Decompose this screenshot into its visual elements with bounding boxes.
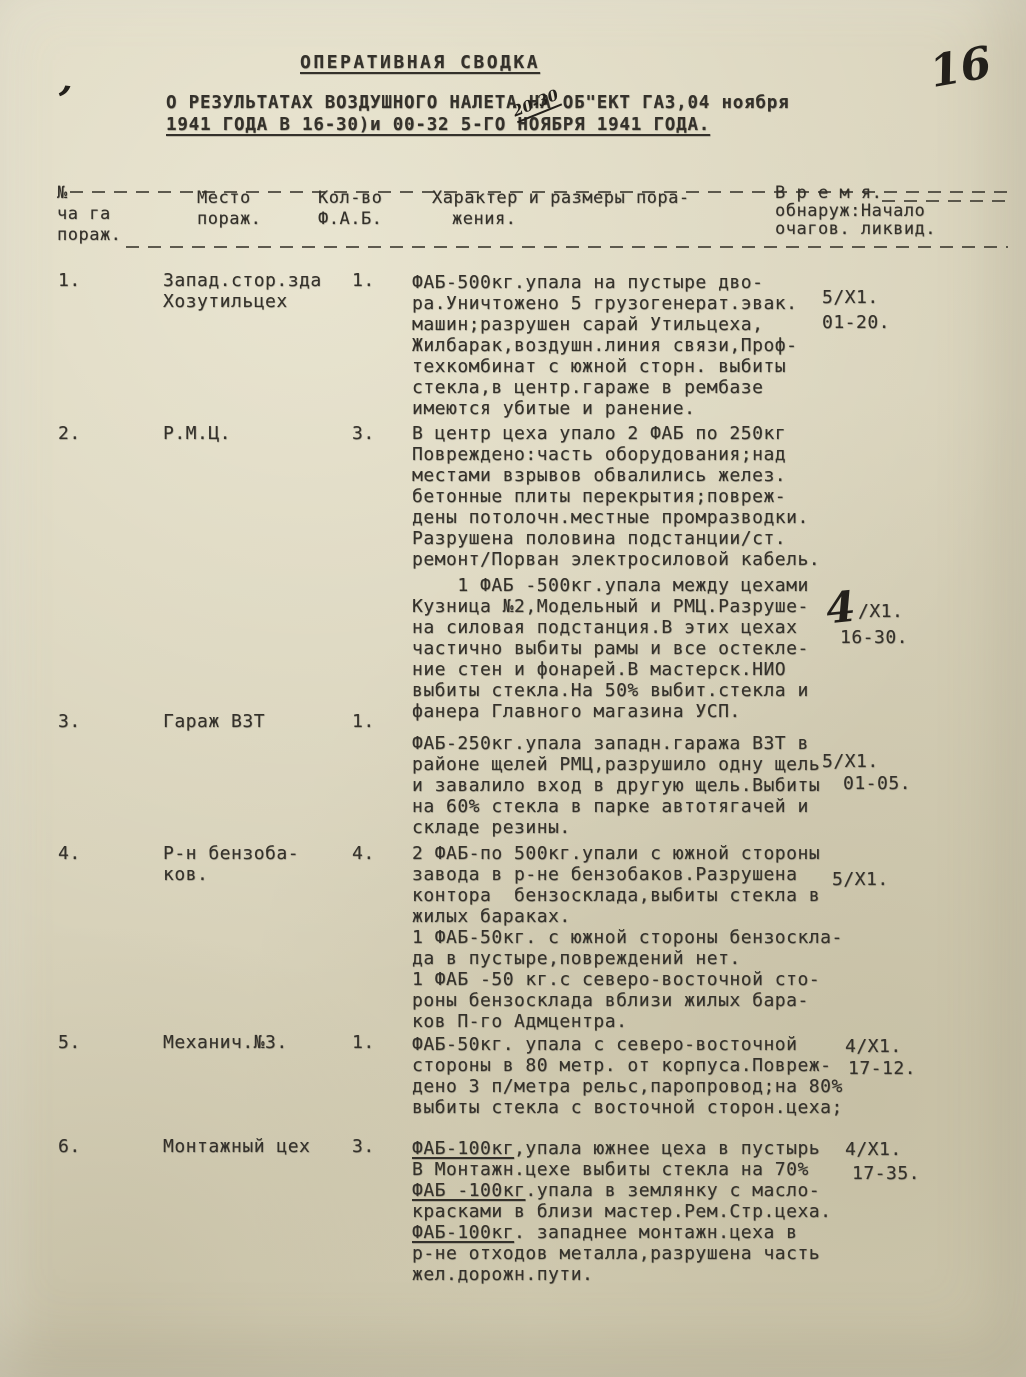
row-number: 4. [58, 843, 81, 864]
time-date: 4/X1. [845, 1036, 902, 1057]
handwritten-margin-mark: ʼ [53, 77, 73, 125]
place-cell: Монтажный цех [163, 1136, 310, 1157]
document-page: 16 ʼ ОПЕРАТИВНАЯ СВОДКА О РЕЗУЛЬТАТАХ ВО… [0, 0, 1026, 1377]
header-col-number-line1: № [57, 183, 121, 204]
place-cell: Механич.№3. [163, 1032, 288, 1053]
document-subtitle-line2: 1941 ГОДА В 16-30)и 00-32 5-ГО НОЯБРЯ 19… [166, 115, 710, 136]
time-value: 16-30. [840, 627, 908, 648]
damage-text: ФАБ-250кг.упала западн.гаража ВЗТ в райо… [412, 733, 852, 838]
place-cell: Р.М.Ц. [163, 423, 231, 444]
header-col-number-line2: ча га [57, 204, 121, 225]
bomb-label-underlined: ФАБ-100кг [412, 1222, 514, 1243]
bomb-label-underlined: ФАБ -100кг [412, 1180, 525, 1201]
time-date: 5/X1. [822, 751, 879, 772]
time-date: /X1. [858, 601, 903, 622]
header-col-place-line2: пораж. [197, 209, 261, 230]
header-col-time-line2: обнаруж:Начало [775, 202, 936, 220]
fab-count-cell: 1. [352, 270, 375, 291]
header-col-number-line3: пораж. [57, 225, 121, 246]
time-date: 5/X1. [822, 287, 879, 308]
header-col-damage: Характер и размеры пора- жения. [432, 188, 690, 230]
time-date: 5/X1. [832, 869, 889, 890]
time-value: 17-35. [852, 1163, 920, 1184]
bomb-label-underlined: ФАБ-100кг [412, 1138, 514, 1159]
time-value: 01-20. [822, 312, 890, 333]
fab-count-cell: 1. [352, 711, 375, 732]
header-col-time-line1: В р е м я. [775, 184, 936, 202]
header-col-place: Место пораж. [197, 188, 261, 230]
damage-text: ФАБ-100кг,упала южнее цеха в пустырь В М… [412, 1138, 857, 1285]
header-col-count: Кол-во Ф.А.Б. [318, 188, 382, 230]
document-title: ОПЕРАТИВНАЯ СВОДКА [300, 52, 540, 73]
header-col-damage-line2: жения. [432, 209, 690, 230]
header-col-time: В р е м я. обнаруж:Начало очагов. ликвид… [775, 184, 936, 238]
row-number: 5. [58, 1032, 81, 1053]
damage-text-2: 1 ФАБ -500кг.упала между цехами Кузница … [412, 575, 852, 722]
damage-text: В центр цеха упало 2 ФАБ по 250кг Повреж… [412, 423, 852, 570]
fab-count-cell: 4. [352, 843, 375, 864]
row-number: 1. [58, 270, 81, 291]
fab-count-cell: 3. [352, 423, 375, 444]
time-value: 17-12. [848, 1058, 916, 1079]
handwritten-date-digit: 4 [824, 582, 858, 634]
handwritten-page-number: 16 [926, 37, 995, 98]
place-cell: Гараж ВЗТ [163, 711, 265, 732]
header-bottom-rule [126, 246, 1008, 248]
header-col-place-line1: Место [197, 188, 261, 209]
place-cell: Р-н бензоба- ков. [163, 843, 299, 885]
header-col-number: № ча га пораж. [57, 183, 121, 246]
damage-text: 2 ФАБ-по 500кг.упали с южной стороны зав… [412, 843, 857, 1032]
time-value: 01-05. [843, 773, 911, 794]
row-number: 3. [58, 711, 81, 732]
damage-text: ФАБ-50кг. упала с северо-восточной сторо… [412, 1034, 857, 1118]
fab-count-cell: 1. [352, 1032, 375, 1053]
header-col-damage-line1: Характер и размеры пора- [432, 188, 690, 209]
header-col-time-line3: очагов. ликвид. [775, 220, 936, 238]
header-col-count-line1: Кол-во [318, 188, 382, 209]
fab-count-cell: 3. [352, 1136, 375, 1157]
damage-text: ФАБ-500кг.упала на пустыре дво- ра.Уничт… [412, 272, 852, 419]
header-col-count-line2: Ф.А.Б. [318, 209, 382, 230]
document-subtitle-line1: О РЕЗУЛЬТАТАХ ВОЗДУШНОГО НАЛЕТА НА ОБ"ЕК… [166, 93, 789, 114]
time-date: 4/X1. [845, 1139, 902, 1160]
row-number: 6. [58, 1136, 81, 1157]
place-cell: Запад.стор.зда Хозутильцех [163, 270, 322, 312]
row-number: 2. [58, 423, 81, 444]
